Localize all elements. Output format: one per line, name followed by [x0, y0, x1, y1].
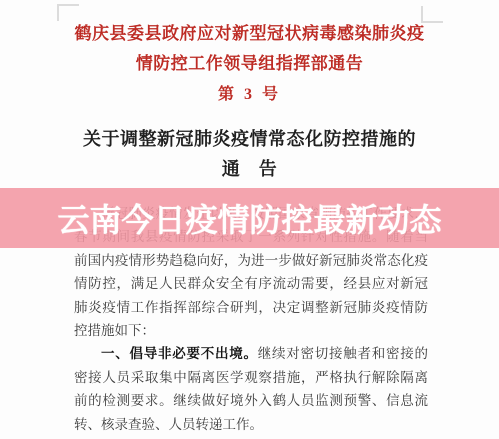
notice-number: 第 3 号	[0, 85, 499, 105]
body-line-text: 转、核录查验、人员转递工作。	[74, 417, 263, 432]
body-line-text: 继续对密切接触者和密接的	[258, 346, 428, 361]
watermark-banner: 云南今日疫情防控最新动态	[0, 188, 499, 248]
body-line: 一、倡导非必要不出境。继续对密切接触者和密接的	[74, 342, 428, 365]
body-line-text: 前国内疫情形势趋稳向好，为进一步做好新冠肺炎常态化疫	[74, 253, 428, 268]
body-line: 肺炎疫情工作指挥部综合研判，决定调整新冠肺炎疫情防	[74, 296, 428, 319]
body-line: 前的检测要求。继续做好境外入鹤人员监测预警、信息流	[74, 389, 428, 412]
body-line: 前国内疫情形势趋稳向好，为进一步做好新冠肺炎常态化疫	[74, 249, 428, 272]
body-line-bold-lead: 一、倡导非必要不出境。	[101, 346, 258, 361]
body-line-text: 肺炎疫情工作指挥部综合研判，决定调整新冠肺炎疫情防	[74, 300, 428, 315]
body-line: 控措施如下：	[74, 319, 428, 342]
body-line-text: 情防控，满足人民群众安全有序流动需要，经县应对新冠	[74, 276, 428, 291]
body-line-text: 前的检测要求。继续做好境外入鹤人员监测预警、信息流	[74, 393, 428, 408]
body-line: 密接人员采取集中隔离医学观察措施，严格执行解除隔离	[74, 366, 428, 389]
body-line-text: 控措施如下：	[74, 323, 155, 338]
body-line: 转、核录查验、人员转递工作。	[74, 413, 428, 436]
notice-title-line1: 关于调整新冠肺炎疫情常态化防控措施的	[0, 128, 499, 151]
issuing-authority-line2: 情防控工作领导组指挥部通告	[0, 53, 499, 75]
notice-document: 鹤庆县委县政府应对新型冠状病毒感染肺炎疫 情防控工作领导组指挥部通告 第 3 号…	[0, 0, 499, 439]
body-line: 情防控，满足人民群众安全有序流动需要，经县应对新冠	[74, 272, 428, 295]
page-corner-mark-right	[421, 6, 443, 23]
notice-title-line2: 通 告	[0, 158, 499, 181]
watermark-text: 云南今日疫情防控最新动态	[57, 195, 441, 241]
page-corner-mark-left	[57, 4, 79, 21]
body-line-text: 密接人员采取集中隔离医学观察措施，严格执行解除隔离	[74, 370, 428, 385]
